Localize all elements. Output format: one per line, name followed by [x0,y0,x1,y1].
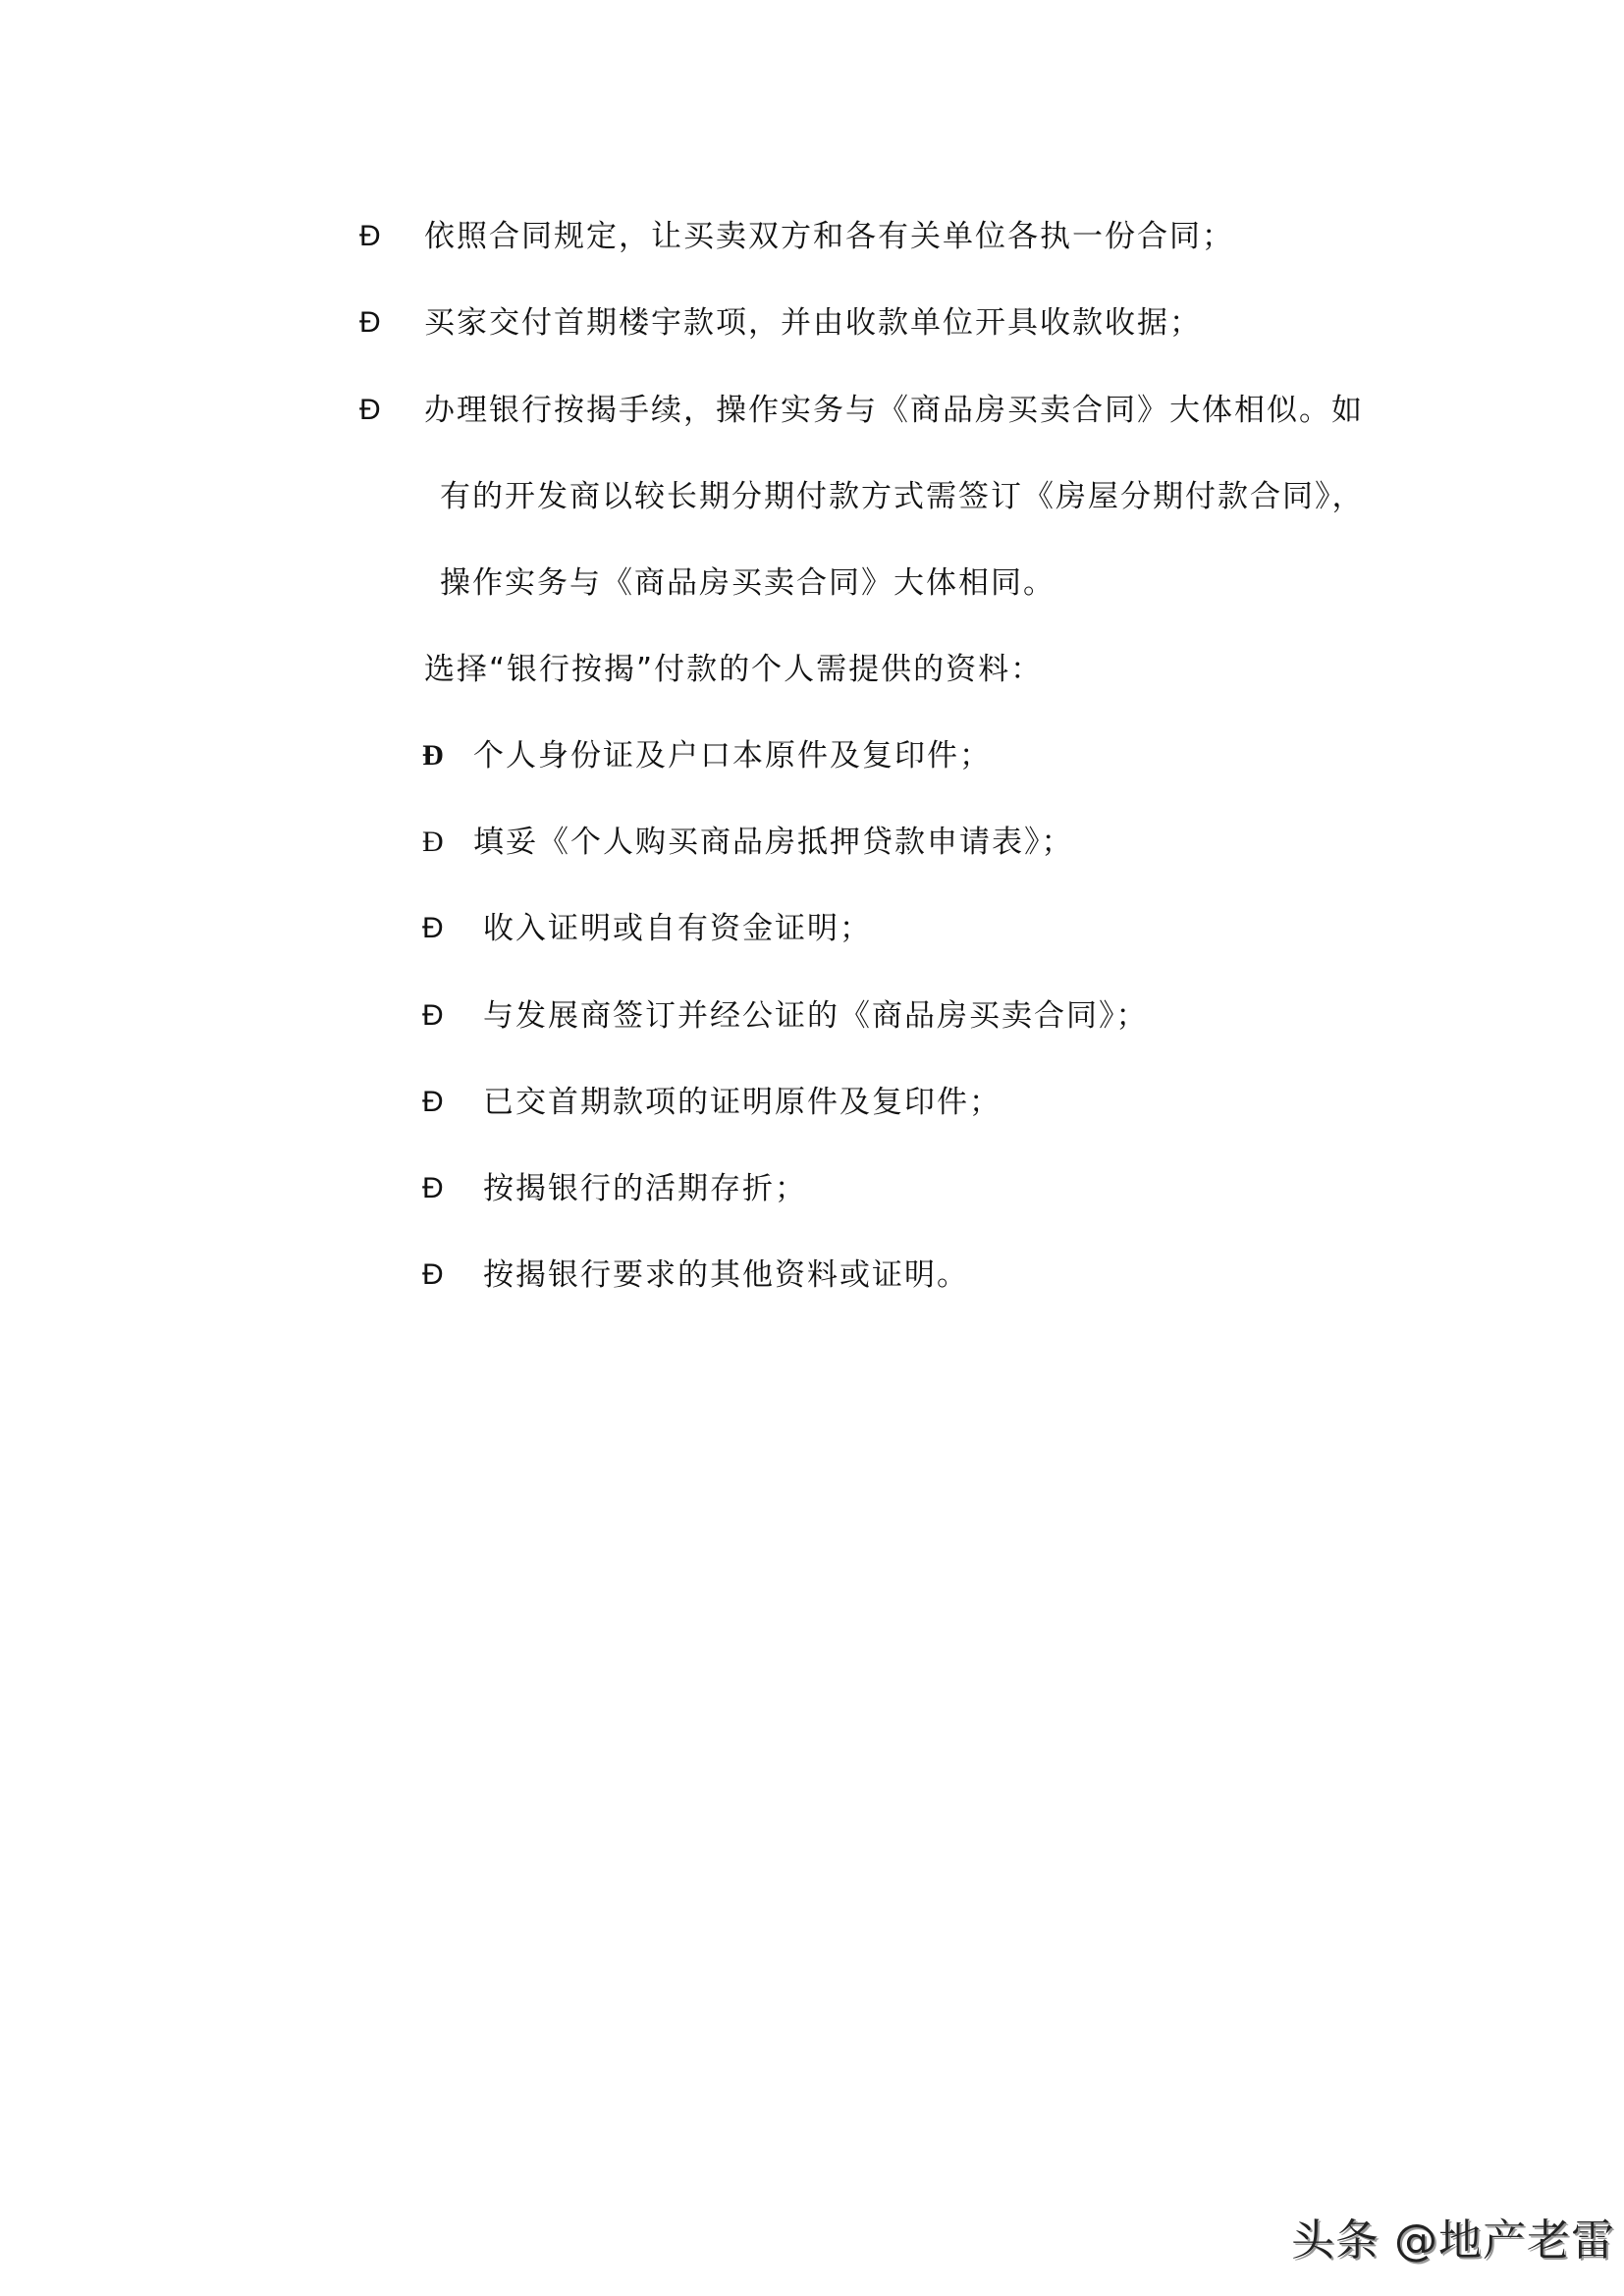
bullet-icon: Đ [422,823,444,862]
step-1: 依照合同规定，让买卖双方和各有关单位各执一份合同； [424,217,1234,256]
requirement-item: 收入证明或自有资金证明； [483,909,872,948]
bullet-icon: Đ [422,909,444,948]
bullet-icon: Đ [422,996,444,1036]
bullet-icon: Đ [359,391,381,430]
step-2: 买家交付首期楼宇款项，并由收款单位开具收款收据； [424,303,1202,343]
requirement-item: 按揭银行要求的其他资料或证明。 [483,1255,969,1295]
requirement-item: 个人身份证及户口本原件及复印件； [473,736,992,775]
requirements-heading: 选择“银行按揭”付款的个人需提供的资料： [424,650,1043,689]
requirement-item: 按揭银行的活期存折； [483,1169,807,1208]
bullet-icon: Đ [422,1255,444,1295]
bullet-icon: Đ [422,736,444,775]
requirement-item: 已交首期款项的证明原件及复印件； [483,1083,1001,1122]
watermark: 头条 @地产老雷 [1291,2216,1615,2266]
step-3-continuation-1: 有的开发商以较长期分期付款方式需签订《房屋分期付款合同》， [440,477,1365,516]
requirement-item: 与发展商签订并经公证的《商品房买卖合同》； [483,996,1149,1036]
bullet-icon: Đ [422,1169,444,1208]
bullet-icon: Đ [422,1083,444,1122]
step-3: 办理银行按揭手续，操作实务与《商品房买卖合同》大体相似。如 [424,391,1364,430]
step-3-continuation-2: 操作实务与《商品房买卖合同》大体相同。 [440,563,1056,603]
bullet-icon: Đ [359,303,381,343]
requirement-item: 填妥《个人购买商品房抵押贷款申请表》； [473,823,1074,862]
bullet-icon: Đ [359,217,381,256]
